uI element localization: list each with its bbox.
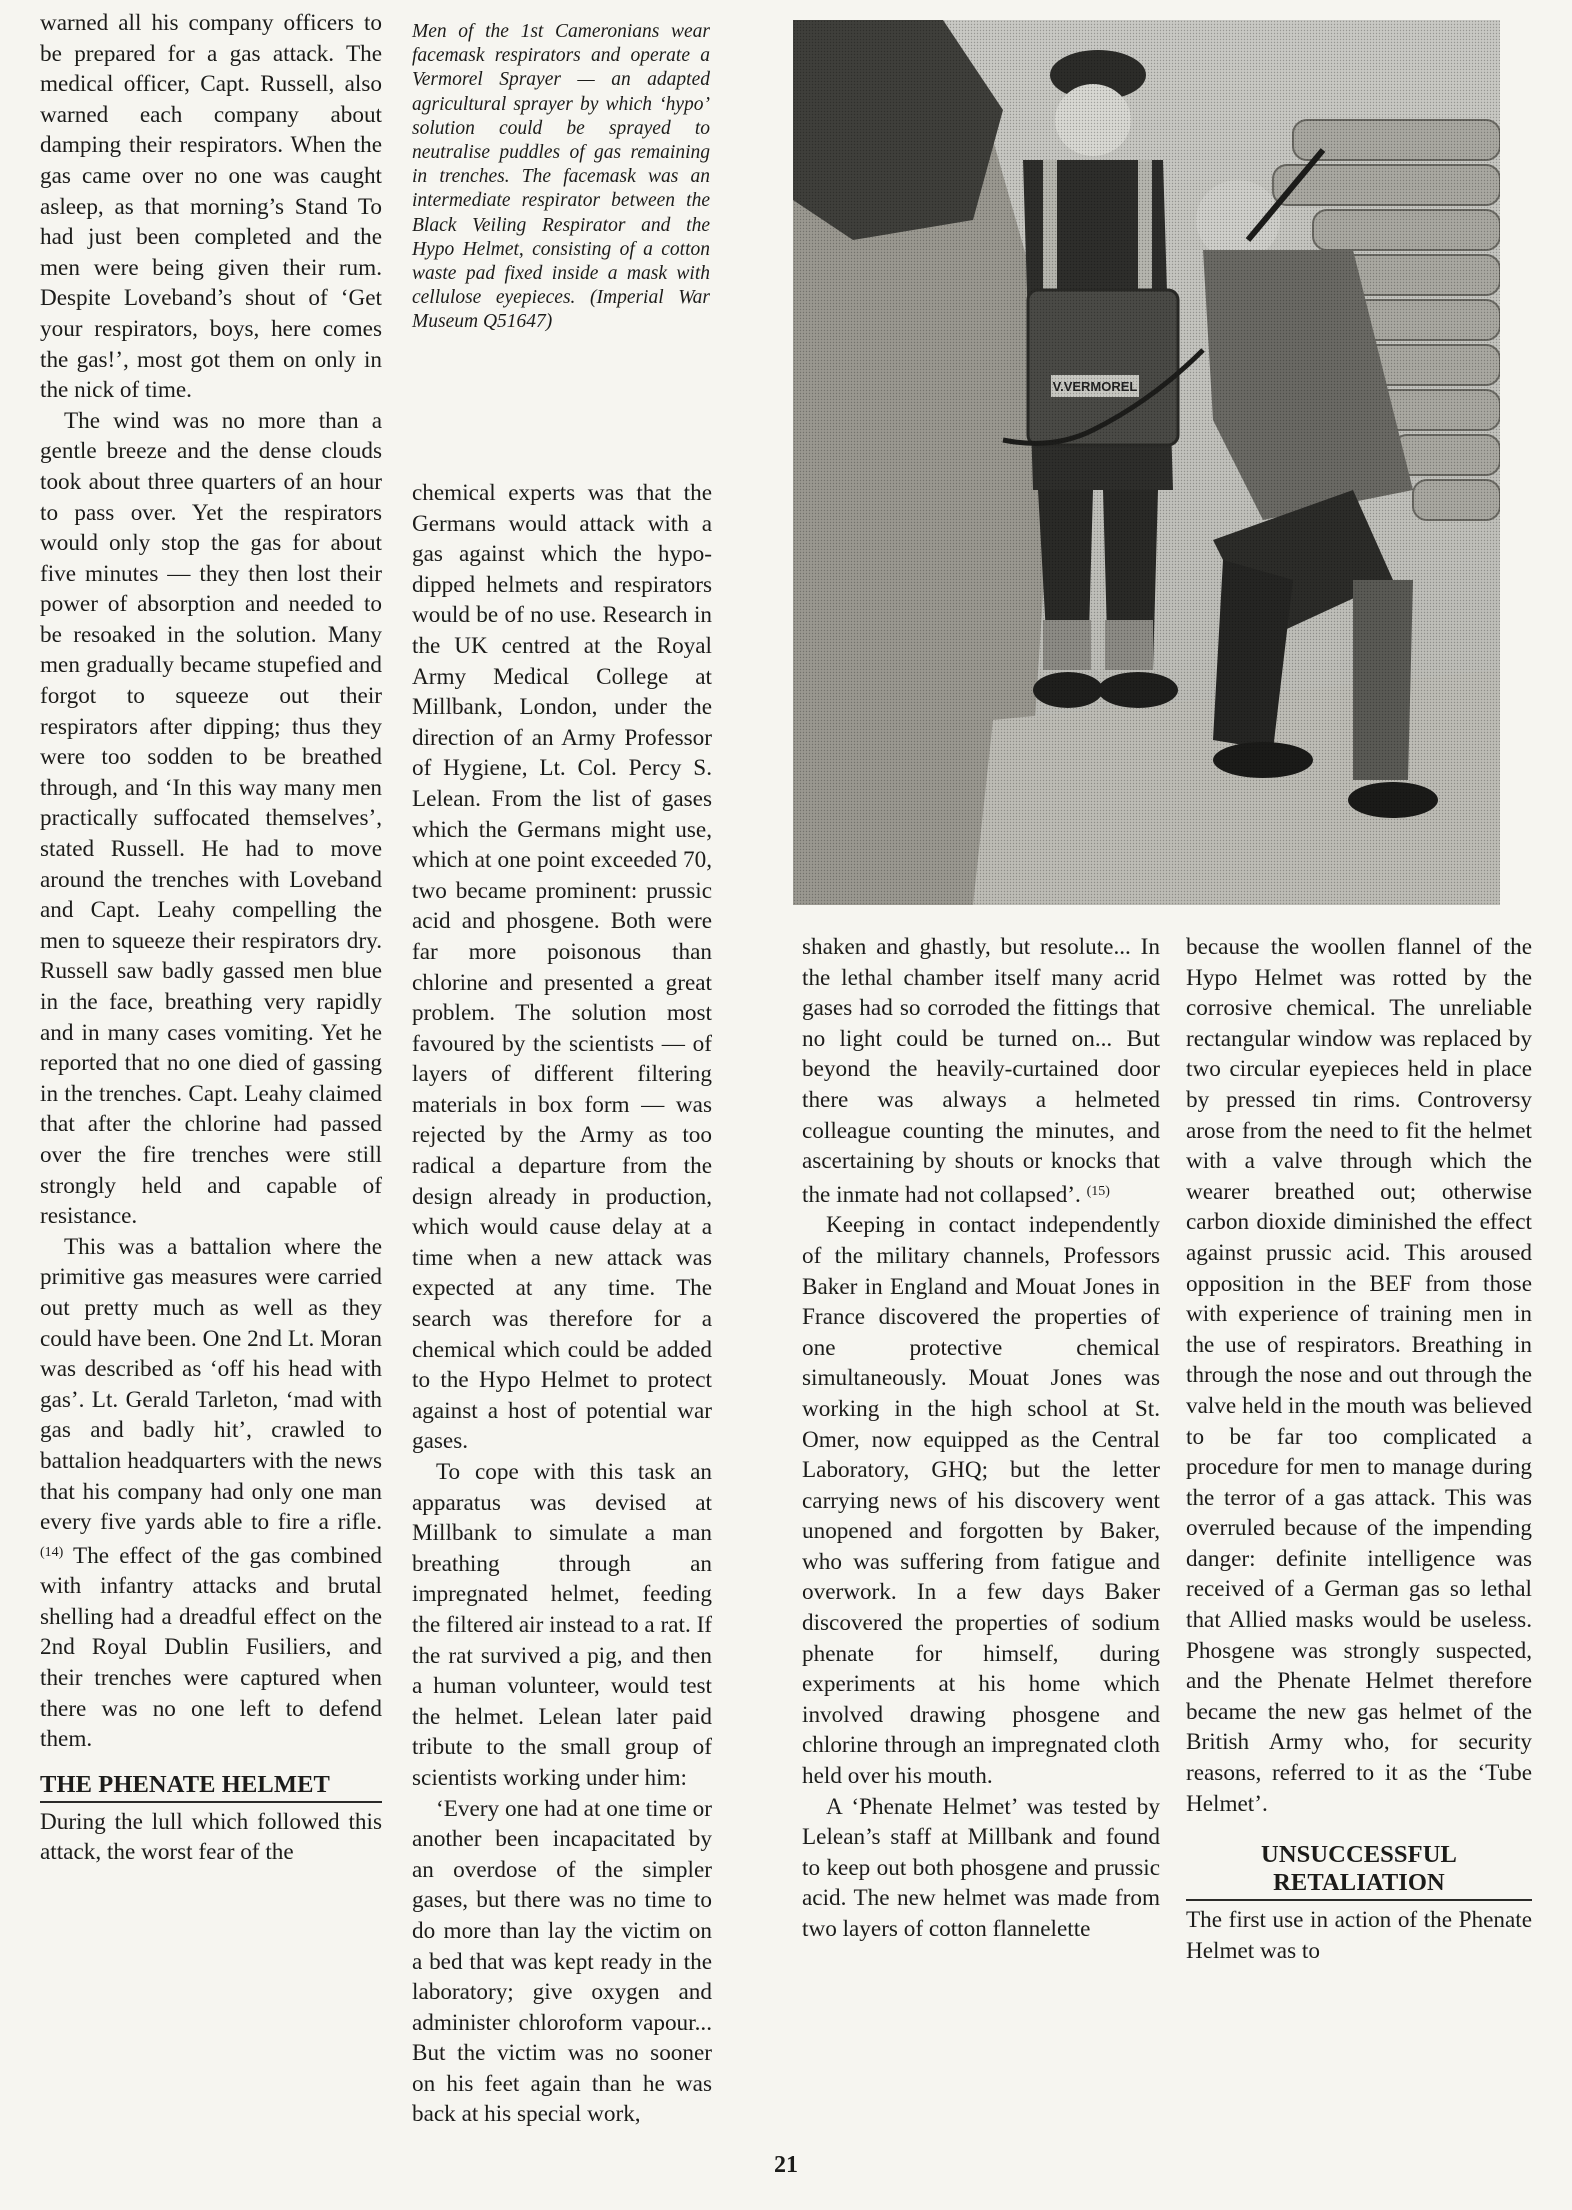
paragraph: The first use in action of the Phenate H… (1186, 1905, 1532, 1966)
paragraph: because the woollen flannel of the Hypo … (1186, 932, 1532, 1819)
article-column-4: because the woollen flannel of the Hypo … (1186, 932, 1532, 1966)
paragraph: During the lull which followed this atta… (40, 1807, 382, 1868)
quote-paragraph: ‘Every one had at one time or another be… (412, 1794, 712, 2131)
paragraph: The wind was no more than a gentle breez… (40, 406, 382, 1232)
paragraph: A ‘Phenate Helmet’ was tested by Lelean’… (802, 1792, 1160, 1945)
trench-sprayer-photo: V.VERMOREL (793, 20, 1500, 905)
section-heading-unsuccessful-retaliation: UNSUCCESSFUL RETALIATION (1186, 1841, 1532, 1901)
article-column-2: chemical experts was that the Germans wo… (412, 478, 712, 2130)
photo-illustration: V.VERMOREL (793, 20, 1500, 905)
quote-paragraph: shaken and ghastly, but resolute... In t… (802, 932, 1160, 1210)
footnote-ref-15: (15) (1087, 1184, 1110, 1199)
paragraph: Keeping in contact independently of the … (802, 1210, 1160, 1791)
article-column-3: shaken and ghastly, but resolute... In t… (802, 932, 1160, 1945)
footnote-ref-14: (14) (40, 1545, 63, 1560)
paragraph: warned all his company officers to be pr… (40, 8, 382, 406)
paragraph: chemical experts was that the Germans wo… (412, 478, 712, 1457)
caption-text: Men of the 1st Cameronians wear facemask… (412, 20, 710, 335)
photo-caption: Men of the 1st Cameronians wear facemask… (412, 20, 710, 335)
article-column-1: warned all his company officers to be pr… (40, 8, 382, 1868)
paragraph: To cope with this task an apparatus was … (412, 1457, 712, 1794)
paragraph: This was a battalion where the primitive… (40, 1232, 382, 1755)
section-heading-phenate-helmet: THE PHENATE HELMET (40, 1771, 382, 1803)
page-number: 21 (764, 2152, 808, 2179)
